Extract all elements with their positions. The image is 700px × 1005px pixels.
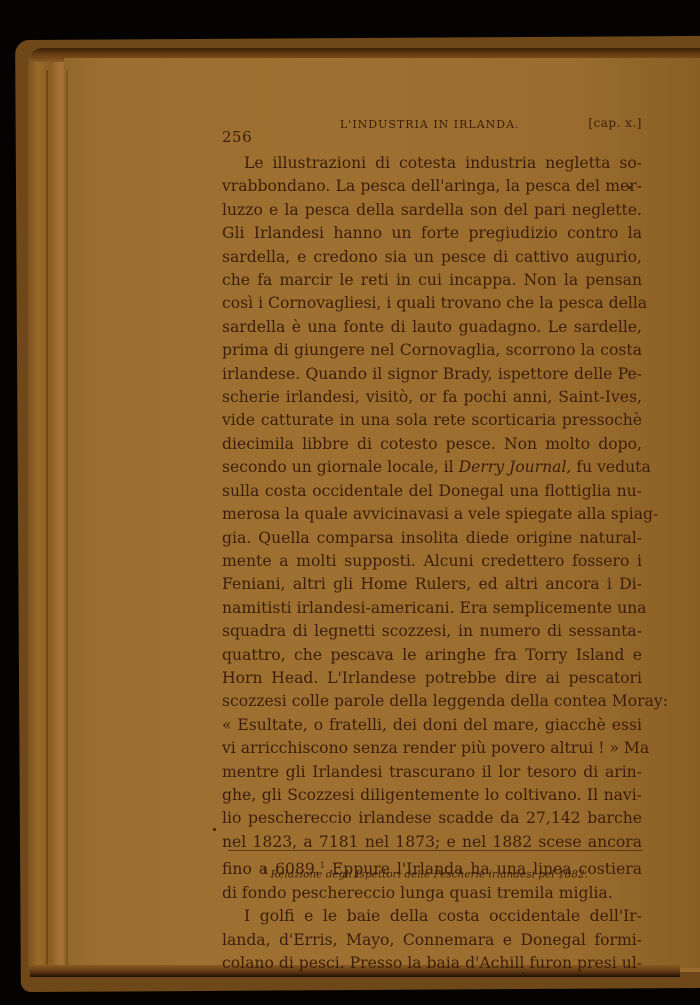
text-line: vide catturate in una sola rete scortica… [222,409,642,432]
text-line: ghe, gli Scozzesi diligentemente lo colt… [222,784,642,807]
running-title: L'industria in Irlanda. [340,118,520,131]
text-line: vi arricchiscono senza render più povero… [222,737,642,760]
text-line: lio peschereccio irlandese scadde da 27,… [222,807,642,830]
page-edge-line [46,70,48,970]
text-line: così i Cornovagliesi, i quali trovano ch… [222,292,642,315]
newspaper-title: Derry Journal, [459,458,572,476]
page-text-block: 256 L'industria in Irlanda. [cap. x.] Le… [222,118,642,975]
footnote-rule [228,850,643,852]
text-line: mente a molti supposti. Alcuni credetter… [222,550,642,573]
footnote: 1 Relazione degli Ispettori delle Pesche… [262,866,652,881]
text-line: « Esultate, o fratelli, dei doni del mar… [222,714,642,737]
text-line: mentre gli Irlandesi trascurano il lor t… [222,761,642,784]
text-line: merosa la quale avvicinavasi a vele spie… [222,503,642,526]
text-line: Feniani, altri gli Home Rulers, ed altri… [222,573,642,596]
page-speck [213,828,216,831]
text-line: squadra di legnetti scozzesi, in numero … [222,620,642,643]
text-line: luzzo e la pesca della sardella son del … [222,199,642,222]
text-line: scozzesi colle parole della leggenda del… [222,690,642,713]
text-line: landa, d'Erris, Mayo, Connemara e Donega… [222,929,642,952]
text-fragment: fu veduta [571,458,650,476]
text-line: prima di giungere nel Cornovaglia, scorr… [222,339,642,362]
text-line: namitisti irlandesi-americani. Era sempl… [222,597,642,620]
text-line: di fondo peschereccio lunga quasi tremil… [222,882,642,905]
chapter-reference: [cap. x.] [588,116,642,130]
page-speck [522,972,524,974]
text-line: che fa marcir le reti in cui incappa. No… [222,269,642,292]
text-line: gia. Quella comparsa insolita diede orig… [222,527,642,550]
text-line: quattro, che pescava le aringhe fra Torr… [222,644,642,667]
text-line: I golfi e le baie della costa occidental… [222,905,642,928]
footnote-marker: 1 [262,866,267,875]
text-fragment: secondo un giornale locale, il [222,458,459,476]
text-line: sardella è una fonte di lauto guadagno. … [222,316,642,339]
paragraph-2: I golfi e le baie della costa occidental… [222,905,642,975]
text-line: vrabbondano. La pesca dell'aringa, la pe… [222,175,642,198]
text-line: Le illustrazioni di cotesta industria ne… [222,152,642,175]
page-speck [628,186,631,189]
text-line: sardella, e credono sia un pesce di catt… [222,246,642,269]
text-line: Gli Irlandesi hanno un forte pregiudizio… [222,222,642,245]
page-number: 256 [222,128,252,146]
text-line: colano di pesci. Presso la baia d'Achill… [222,952,642,975]
text-line: diecimila libbre di cotesto pesce. Non m… [222,433,642,456]
text-line: irlandese. Quando il signor Brady, ispet… [222,363,642,386]
footnote-text: Relazione degli Ispettori delle Pescheri… [270,869,588,881]
text-line: scherie irlandesi, visitò, or fa pochi a… [222,386,642,409]
text-line: sulla costa occidentale del Donegal una … [222,480,642,503]
text-line: Horn Head. L'Irlandese potrebbe dire ai … [222,667,642,690]
running-head: 256 L'industria in Irlanda. [cap. x.] [222,118,642,138]
page-edge-line [66,70,68,970]
paragraph-1: Le illustrazioni di cotesta industria ne… [222,152,642,905]
text-line-with-italic: secondo un giornale locale, il Derry Jou… [222,456,642,479]
